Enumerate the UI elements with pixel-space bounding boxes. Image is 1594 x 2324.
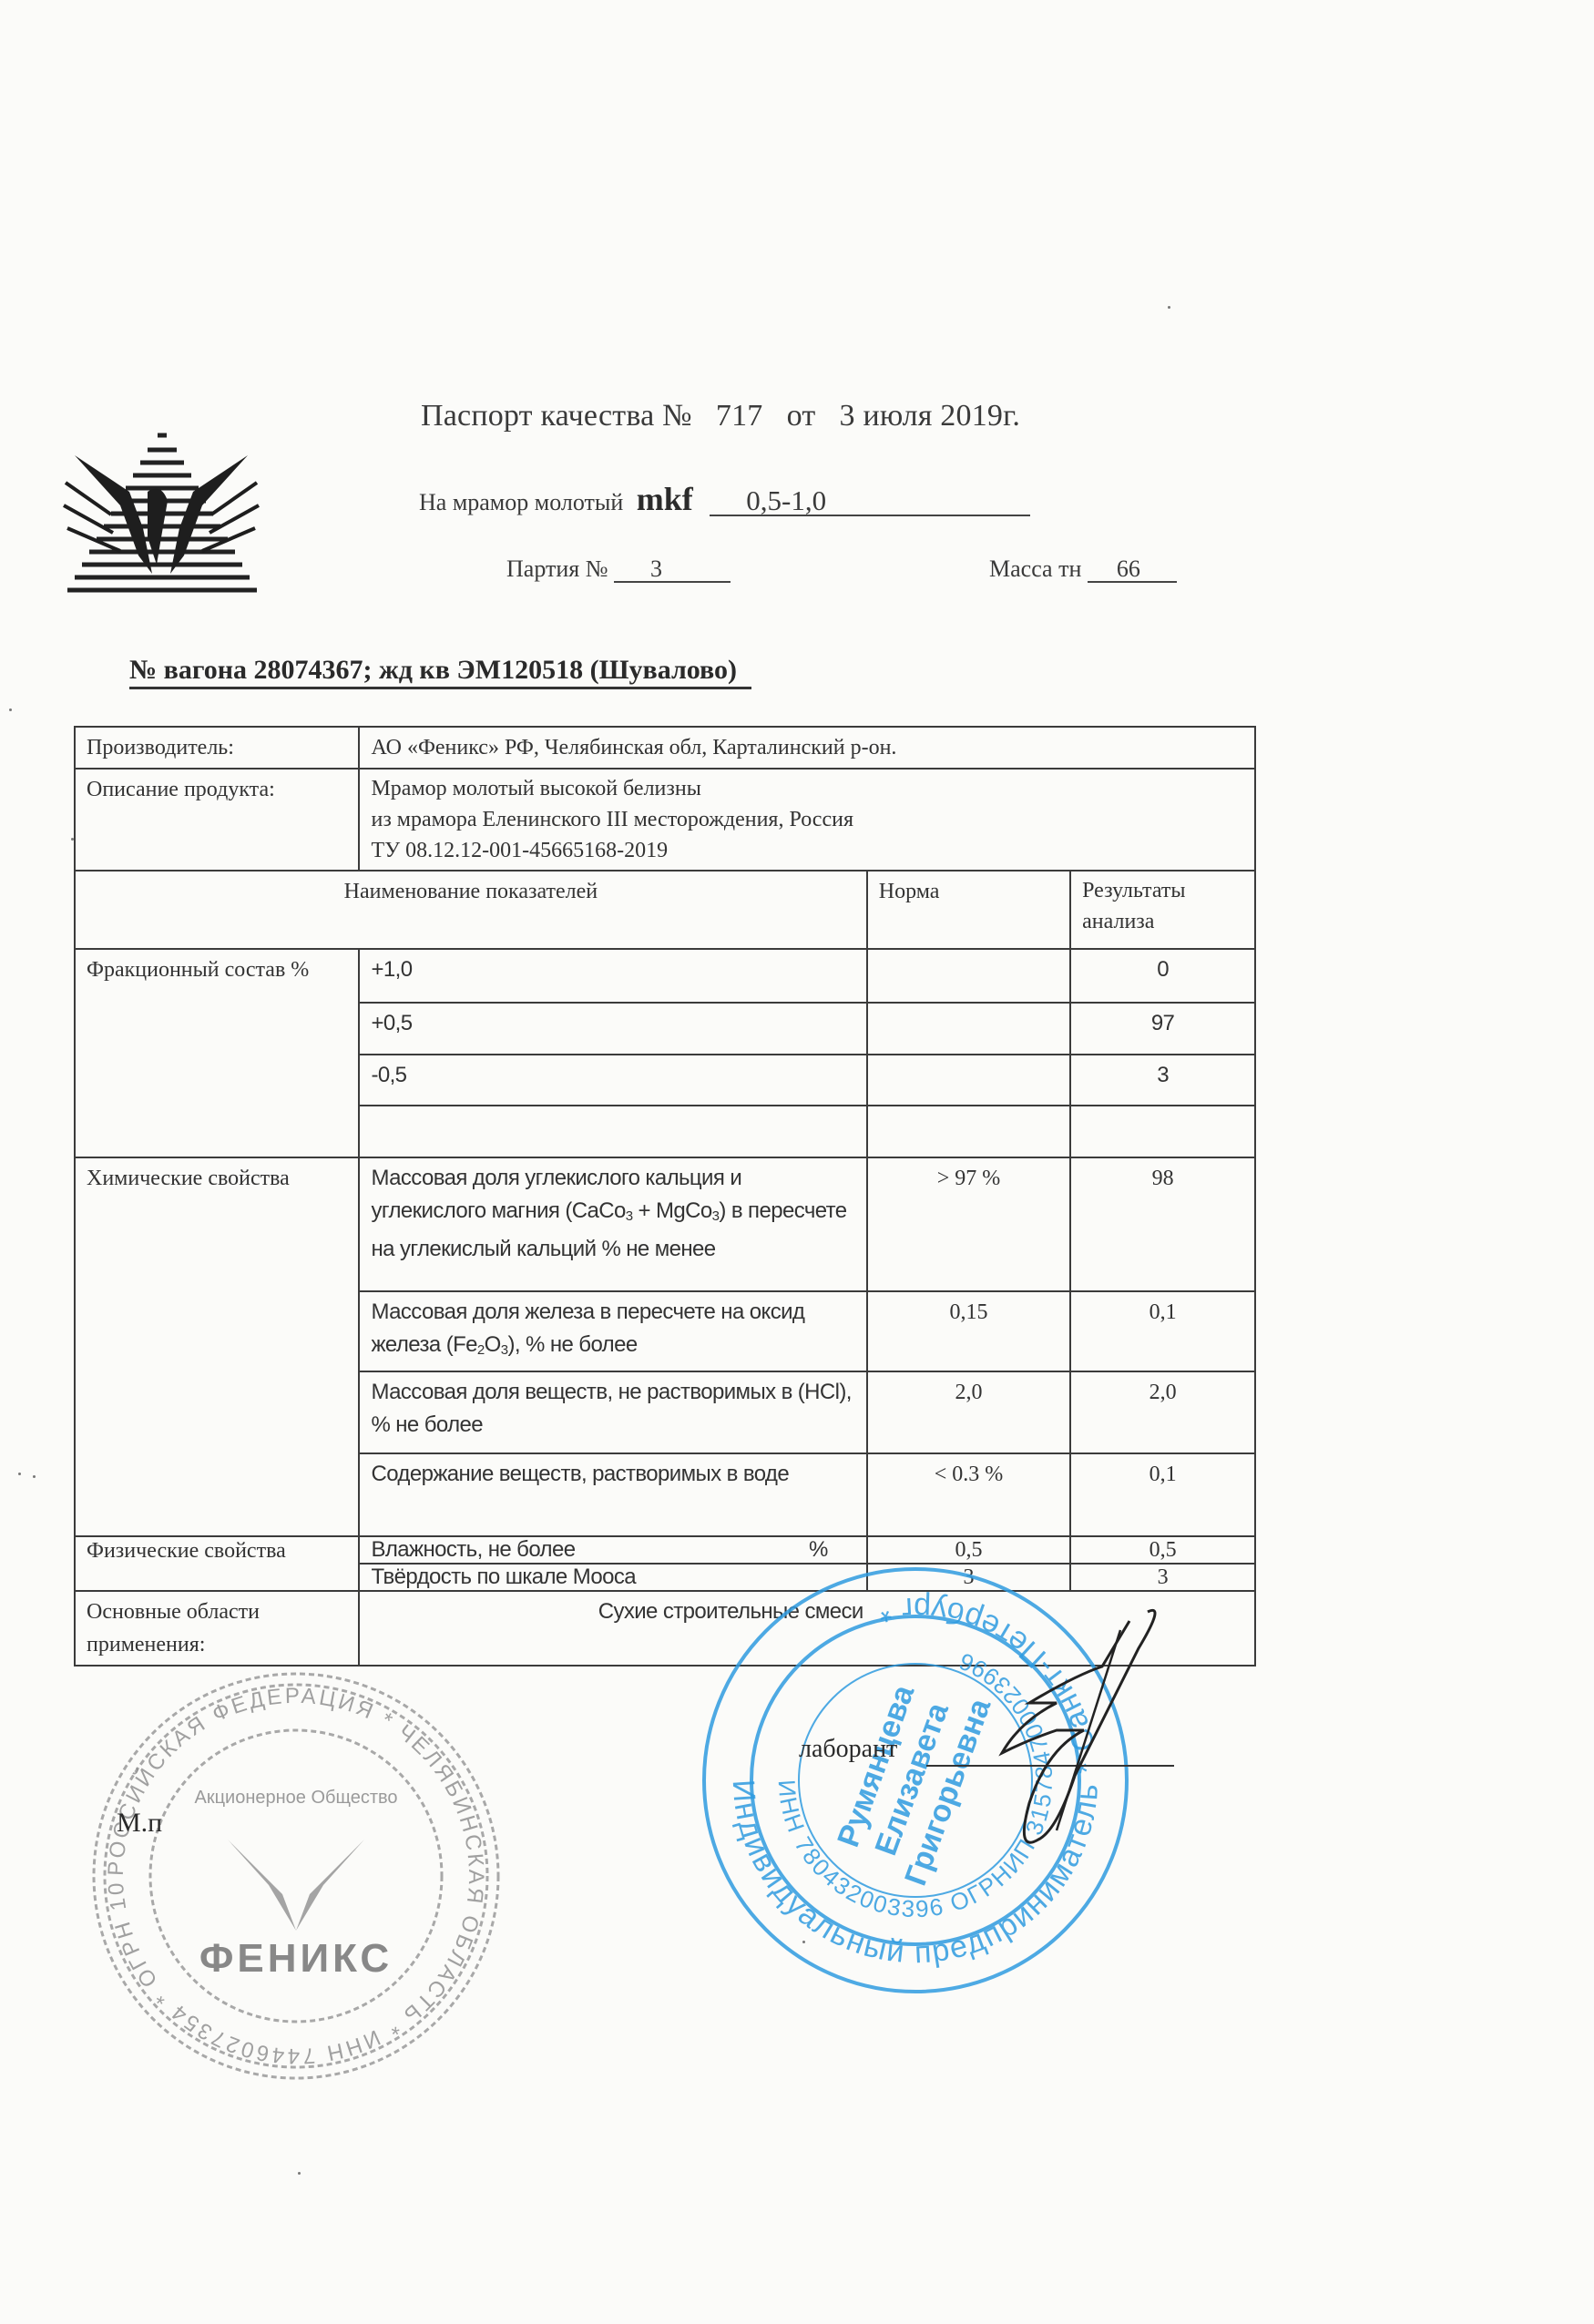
fraction-name: +1,0 [359,949,866,1003]
chemical-norm: 0,15 [867,1291,1070,1371]
col-header-result-line1: Результаты [1082,875,1243,906]
passport-title: Паспорт качества № 717 от 3 июля 2019г. [421,399,1020,433]
producer-row: Производитель: АО «Феникс» РФ, Челябинск… [75,727,1255,769]
chemical-result: 0,1 [1070,1291,1255,1371]
description-line: из мрамора Еленинского III месторождения… [371,804,1243,835]
col-header-indicator: Наименование показателей [75,871,867,949]
batch-number: 3 [614,557,731,583]
fraction-name [359,1106,866,1157]
date-prefix: от [787,399,816,433]
fraction-result: 3 [1070,1055,1255,1106]
scan-speck [33,1475,36,1478]
lab-label: лаборант [799,1735,897,1764]
application-label: Основные области применения: [75,1591,359,1666]
fraction-norm [867,1003,1070,1055]
chemical-name: Содержание веществ, растворимых в воде [359,1453,866,1536]
wagon-line: № вагона 28074367; жд кв ЭМ120518 (Шувал… [129,654,751,689]
scan-speck [1168,306,1170,309]
chemical-name: Массовая доля веществ, не растворимых в … [359,1371,866,1453]
description-label: Описание продукта: [75,769,359,871]
grey-stamp-inner-text: Акционерное Общество [194,1788,397,1808]
col-header-norm: Норма [867,871,1070,949]
signature-icon [920,1594,1175,1867]
chemical-result: 2,0 [1070,1371,1255,1453]
scan-speck [71,838,74,841]
chemical-name-part: ), % не более [508,1332,638,1357]
scan-speck [18,1473,21,1475]
chemical-name: Массовая доля углекислого кальция и угле… [359,1157,866,1291]
mass-line: Масса тн 66 [989,556,1177,583]
chemical-name: Массовая доля железа в пересчете на окси… [359,1291,866,1371]
description-row: Описание продукта: Мрамор молотый высоко… [75,769,1255,871]
col-header-result: Результаты анализа [1070,871,1255,949]
fraction-result [1070,1106,1255,1157]
fraction-norm [867,949,1070,1003]
chemical-result: 98 [1070,1157,1255,1291]
fraction-label: Фракционный состав % [75,949,359,1157]
grey-stamp-name: ФЕНИКС [199,1936,393,1981]
batch-line: Партия № 3 [506,556,731,583]
title-prefix: Паспорт качества № [421,399,692,433]
chemical-name-part: O [485,1332,501,1357]
fraction-norm [867,1055,1070,1106]
producer-value: АО «Феникс» РФ, Челябинская обл, Картали… [359,727,1255,769]
seal-label: М.п [117,1808,162,1839]
chemical-norm: 2,0 [867,1371,1070,1453]
physical-label: Физические свойства [75,1536,359,1591]
product-brand: mkf [637,481,693,517]
chemical-result: 0,1 [1070,1453,1255,1536]
mass-value: 66 [1088,557,1177,583]
col-header-result-line2: анализа [1082,906,1243,937]
chemical-subscript: 3 [501,1342,508,1358]
description-line: Мрамор молотый высокой белизны [371,773,1243,804]
passport-date: 3 июля 2019г. [840,399,1021,433]
chemical-subscript: 2 [477,1342,485,1358]
producer-label: Производитель: [75,727,359,769]
fraction-result: 97 [1070,1003,1255,1055]
chemical-norm: < 0.3 % [867,1453,1070,1536]
phoenix-pyramid-logo-icon [56,419,266,610]
company-seal-stamp-icon: РОССИЙСКАЯ ФЕДЕРАЦИЯ * ЧЕЛЯБИНСКАЯ ОБЛАС… [82,1667,510,2085]
header-row: Наименование показателей Норма Результат… [75,871,1255,949]
product-line: На мрамор молотый mkf 0,5-1,0 [419,480,1030,518]
description-line: ТУ 08.12.12-001-45665168-2019 [371,835,1243,866]
quality-spec-table: Производитель: АО «Феникс» РФ, Челябинск… [74,726,1256,1667]
scan-speck [9,708,12,711]
chemical-norm: > 97 % [867,1157,1070,1291]
fraction-name: +0,5 [359,1003,866,1055]
table-row: Фракционный состав % +1,0 0 [75,949,1255,1003]
batch-label: Партия № [506,556,608,582]
passport-number: 717 [716,399,763,433]
description-value: Мрамор молотый высокой белизны из мрамор… [359,769,1255,871]
fraction-norm [867,1106,1070,1157]
svg-text:РОССИЙСКАЯ ФЕДЕРАЦИЯ * ЧЕЛЯБИН: РОССИЙСКАЯ ФЕДЕРАЦИЯ * ЧЕЛЯБИНСКАЯ ОБЛАС… [82,1667,488,2068]
chemical-name-part: + MgCo [632,1198,711,1223]
scan-speck [298,2172,301,2175]
chemical-label: Химические свойства [75,1157,359,1536]
fraction-name: -0,5 [359,1055,866,1106]
fraction-result: 0 [1070,949,1255,1003]
product-label: На мрамор молотый [419,489,623,515]
scan-speck [802,1941,805,1943]
mass-label: Масса тн [989,556,1081,582]
table-row: Химические свойства Массовая доля углеки… [75,1157,1255,1291]
product-fraction: 0,5-1,0 [710,487,1030,516]
physical-name-text: Влажность, не более [371,1537,575,1562]
